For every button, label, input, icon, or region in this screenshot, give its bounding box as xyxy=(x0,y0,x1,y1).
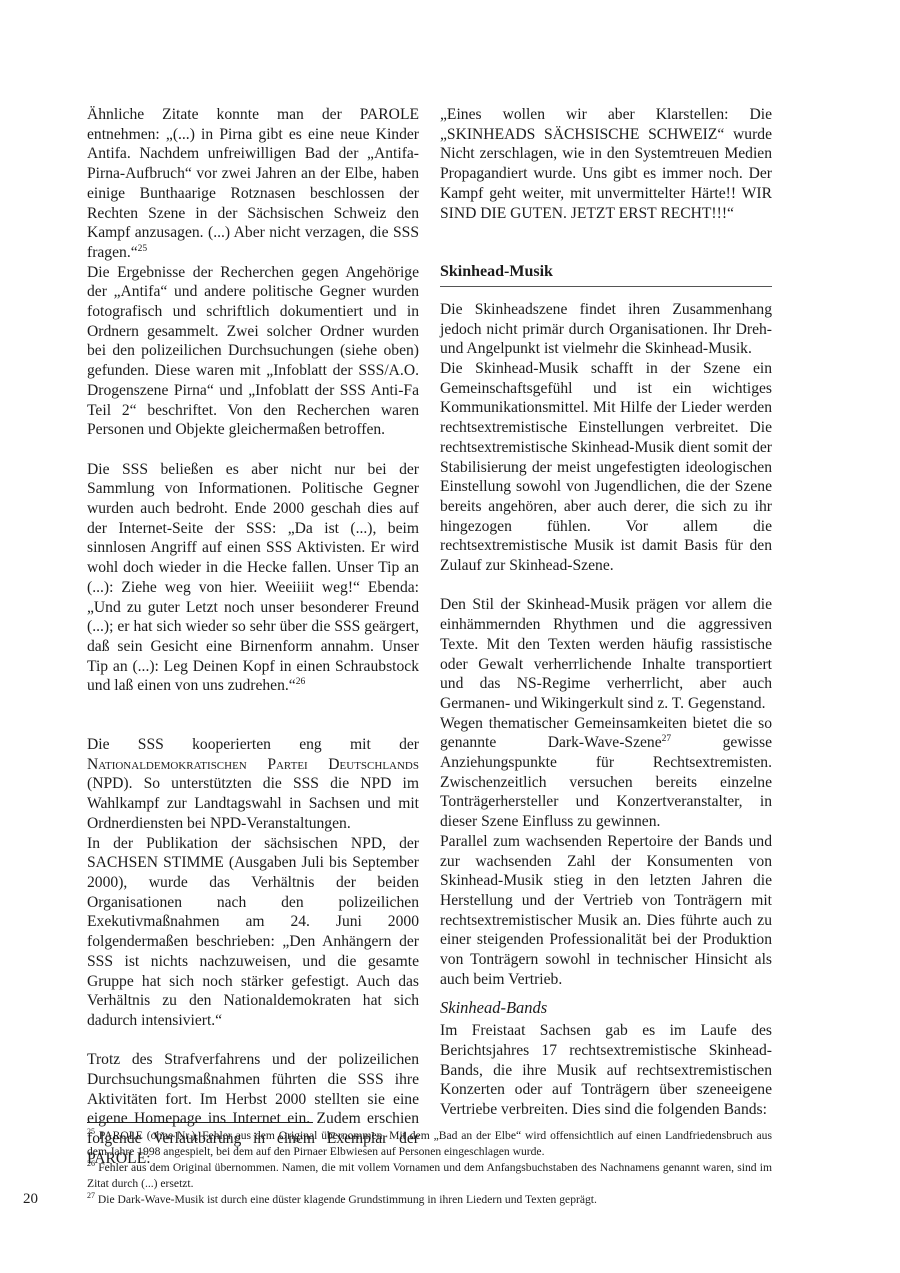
subsection-heading: Skinhead-Bands xyxy=(440,998,772,1018)
page-number: 20 xyxy=(23,1191,38,1208)
footnotes: 25 PAROLE (ohne Nr.), Fehler aus dem Ori… xyxy=(87,1128,772,1208)
paragraph: Im Freistaat Sachsen gab es im Laufe des… xyxy=(440,1021,772,1120)
footnote-27: 27 Die Dark-Wave-Musik ist durch eine dü… xyxy=(87,1192,772,1208)
paragraph: Die Skinhead-Musik schafft in der Szene … xyxy=(440,359,772,576)
footnote-25: 25 PAROLE (ohne Nr.), Fehler aus dem Ori… xyxy=(87,1128,772,1160)
paragraph: In der Publikation der sächsischen NPD, … xyxy=(87,834,419,1031)
footnote-number: 26 xyxy=(87,1159,95,1168)
paragraph: Ähnliche Zitate konnte man der PAROLE en… xyxy=(87,105,419,263)
block-quote: „Eines wollen wir aber Klarstellen: Die … xyxy=(440,105,772,223)
paragraph-text: Die SSS kooperierten eng mit der xyxy=(87,736,419,753)
party-name: Nationaldemokratischen Partei Deutschlan… xyxy=(87,756,419,773)
section-heading: Skinhead-Musik xyxy=(440,262,772,287)
footnote-text: PAROLE (ohne Nr.), Fehler aus dem Origin… xyxy=(87,1129,772,1158)
left-column: Ähnliche Zitate konnte man der PAROLE en… xyxy=(87,105,419,1169)
footnote-text: Die Dark-Wave-Musik ist durch eine düste… xyxy=(98,1193,597,1206)
footnote-text: Fehler aus dem Original übernommen. Name… xyxy=(87,1161,772,1190)
footnote-ref-27[interactable]: 27 xyxy=(662,734,672,744)
paragraph: Die Skinheadszene findet ihren Zusammenh… xyxy=(440,300,772,359)
footnote-divider xyxy=(87,1122,313,1123)
footnote-ref-26[interactable]: 26 xyxy=(296,677,306,687)
paragraph: Die Ergebnisse der Recherchen gegen Ange… xyxy=(87,263,419,440)
paragraph: Wegen thematischer Gemeinsamkeiten biete… xyxy=(440,714,772,832)
footnote-number: 27 xyxy=(87,1191,95,1200)
paragraph: Parallel zum wachsenden Repertoire der B… xyxy=(440,832,772,990)
right-column: „Eines wollen wir aber Klarstellen: Die … xyxy=(440,105,772,1120)
paragraph: Den Stil der Skinhead-Musik prägen vor a… xyxy=(440,595,772,713)
paragraph: Die SSS kooperierten eng mit der Nationa… xyxy=(87,735,419,834)
paragraph: Die SSS beließen es aber nicht nur bei d… xyxy=(87,460,419,696)
paragraph-text: (NPD). So unterstützten die SSS die NPD … xyxy=(87,775,419,831)
paragraph-text: Die SSS beließen es aber nicht nur bei d… xyxy=(87,461,419,695)
footnote-26: 26 Fehler aus dem Original übernommen. N… xyxy=(87,1160,772,1192)
paragraph-text: Ähnliche Zitate konnte man der PAROLE en… xyxy=(87,106,419,261)
footnote-ref-25[interactable]: 25 xyxy=(138,244,148,254)
footnote-number: 25 xyxy=(87,1127,95,1136)
